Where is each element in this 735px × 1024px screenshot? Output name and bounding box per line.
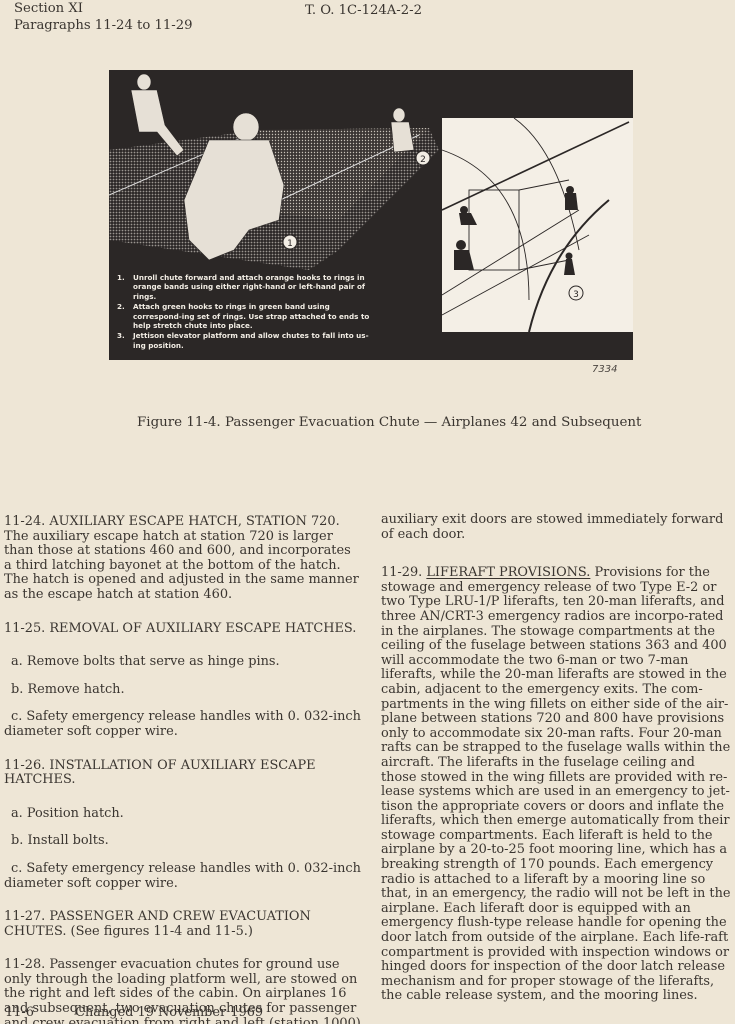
heading-11-25: 11-25. REMOVAL OF AUXILIARY ESCAPE HATCH…: [4, 622, 362, 637]
paragraph-11-24: 11-24. AUXILIARY ESCAPE HATCH, STATION 7…: [4, 515, 362, 603]
figure-illustration: 1 2 3 1.: [109, 70, 633, 360]
page-footer: 11-6 Changed 19 November 1969: [5, 1005, 263, 1020]
figure-step-2: 2. Attach green hooks to rings in green …: [117, 302, 377, 330]
page-number: 11-6: [5, 1005, 71, 1020]
install-step-b: b. Install bolts.: [4, 834, 362, 849]
liferaft-provisions-title: LIFERAFT PROVISIONS.: [426, 565, 590, 580]
removal-step-b: b. Remove hatch.: [4, 683, 362, 698]
document-number: T. O. 1C-124A-2-2: [305, 3, 422, 18]
install-step-a: a. Position hatch.: [4, 807, 362, 822]
figure-caption: Figure 11-4. Passenger Evacuation Chute …: [137, 415, 641, 430]
illustration-number: 7334: [592, 364, 617, 375]
install-step-c: c. Safety emergency release handles with…: [4, 862, 362, 891]
callout-2: 2: [416, 151, 430, 165]
svg-text:2: 2: [420, 155, 426, 165]
paragraph-range: Paragraphs 11-24 to 11-29: [14, 17, 192, 34]
section-label: Section XI: [14, 0, 192, 17]
left-column: 11-24. AUXILIARY ESCAPE HATCH, STATION 7…: [4, 515, 362, 1024]
paragraph-11-29: 11-29. LIFERAFT PROVISIONS. Provisions f…: [381, 566, 733, 1004]
removal-step-a: a. Remove bolts that serve as hinge pins…: [4, 655, 362, 670]
figure-step-1: 1. Unroll chute forward and attach orang…: [117, 273, 377, 301]
callout-1: 1: [283, 235, 297, 249]
figure-steps: 1. Unroll chute forward and attach orang…: [117, 273, 377, 351]
removal-step-c: c. Safety emergency release handles with…: [4, 710, 362, 739]
paragraph-11-27: 11-27. PASSENGER AND CREW EVACUATION CHU…: [4, 910, 362, 939]
change-note: Changed 19 November 1969: [75, 1005, 263, 1020]
svg-text:3: 3: [573, 290, 579, 300]
page-header-left: Section XI Paragraphs 11-24 to 11-29: [14, 0, 192, 34]
right-column: auxiliary exit doors are stowed immediat…: [381, 513, 733, 1004]
callout-3: 3: [569, 286, 583, 300]
continuation-text: auxiliary exit doors are stowed immediat…: [381, 513, 733, 542]
svg-text:1: 1: [287, 239, 293, 249]
heading-11-26: 11-26. INSTALLATION OF AUXILIARY ESCAPE …: [4, 759, 362, 788]
figure-step-3: 3. Jettison elevator platform and allow …: [117, 331, 377, 350]
